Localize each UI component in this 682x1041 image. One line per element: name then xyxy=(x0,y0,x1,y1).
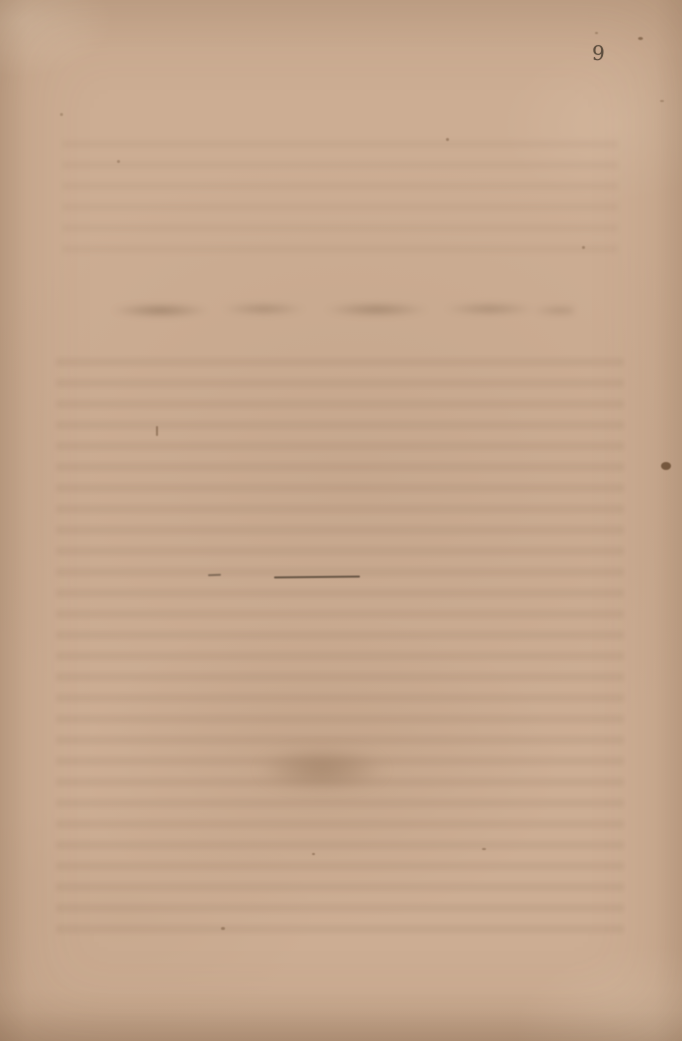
paper-speck xyxy=(595,32,598,34)
ghost-paragraph-main xyxy=(56,358,624,944)
ghost-heading-smudge xyxy=(104,295,574,323)
paper-stain xyxy=(661,462,671,470)
tick-mark xyxy=(156,426,158,436)
ink-smudge xyxy=(258,748,386,790)
paper-speck xyxy=(482,848,486,850)
paper-speck xyxy=(312,853,315,855)
paper-speck xyxy=(582,246,585,249)
paper-speck xyxy=(638,37,643,40)
page-number: 9 xyxy=(592,43,605,63)
paper-speck xyxy=(60,113,63,116)
paper-speck xyxy=(221,927,225,930)
paper-speck xyxy=(446,138,449,141)
paper-speck xyxy=(660,100,664,102)
scanned-page: 9 xyxy=(0,0,682,1041)
ghost-paragraph-top xyxy=(62,140,618,258)
paper-speck xyxy=(117,160,120,163)
